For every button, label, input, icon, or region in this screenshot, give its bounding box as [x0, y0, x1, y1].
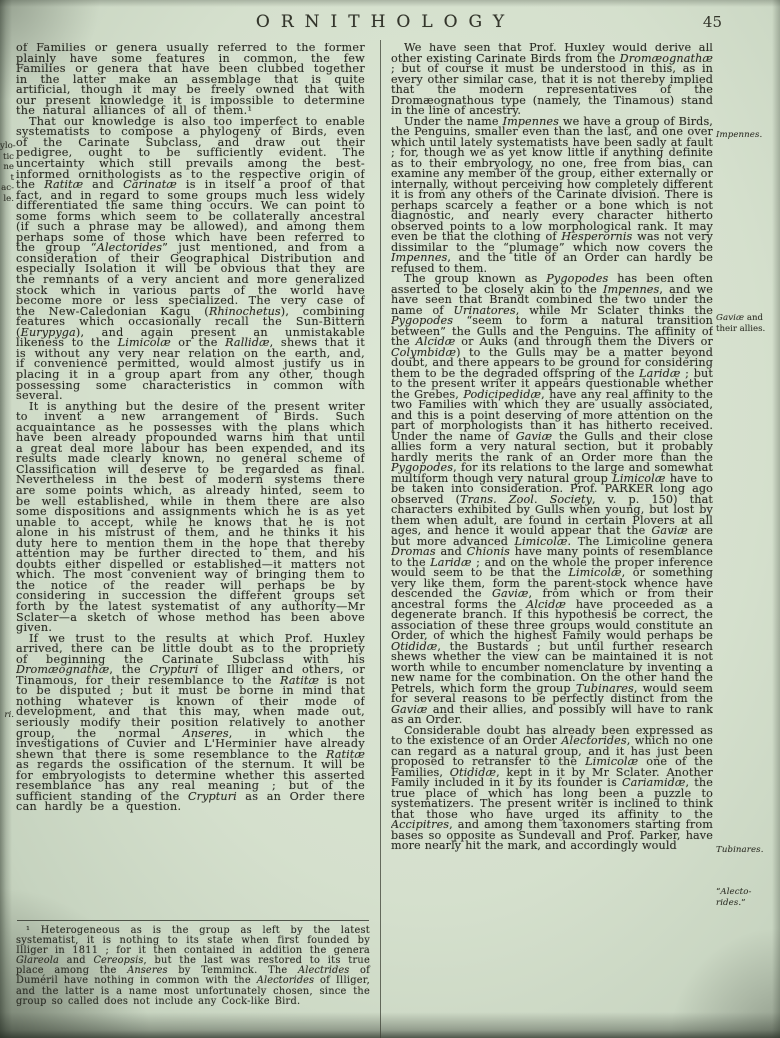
margin-fragment: ne	[0, 162, 14, 173]
margin-fragment: ac-	[0, 183, 14, 194]
running-title: ORNITHOLOGY	[0, 12, 760, 32]
paragraph: The group known as Pygopodes has been of…	[391, 274, 713, 726]
paragraph: Considerable doubt has already been expr…	[391, 726, 713, 852]
margin-fragment: le.	[0, 194, 14, 205]
footnote: ¹ Heterogeneous as is the group as left …	[16, 926, 370, 1007]
footnote-text: ¹ Heterogeneous as is the group as left …	[16, 926, 370, 1007]
left-text-column: of Families or genera usually referred t…	[16, 43, 365, 917]
page-header: ORNITHOLOGY 45	[0, 10, 780, 40]
footnote-separator-rule	[17, 920, 369, 921]
margin-fragment: t	[0, 173, 14, 184]
margin-note-gaviae-allies: Gaviæ and their allies.	[716, 313, 778, 334]
paragraph: It is anything but the desire of the pre…	[16, 402, 365, 634]
margin-note-left-cropped: ylo- tic ne t ac- le.	[0, 141, 14, 205]
margin-fragment: ylo-	[0, 141, 14, 152]
page-number: 45	[703, 13, 722, 31]
paragraph: of Families or genera usually referred t…	[16, 43, 365, 117]
paragraph: We have seen that Prof. Huxley would der…	[391, 43, 713, 117]
right-text-column: We have seen that Prof. Huxley would der…	[391, 43, 713, 1038]
margin-note-impennes: Impennes.	[716, 130, 778, 141]
paragraph: Under the name Impennes we have a group …	[391, 117, 713, 275]
margin-note-alectorides: “Alecto-rides.”	[716, 887, 778, 908]
scanned-book-page: ORNITHOLOGY 45 of Families or genera usu…	[0, 0, 780, 1038]
margin-fragment: ri.	[0, 710, 14, 721]
paragraph: That our knowledge is also too imperfect…	[16, 117, 365, 402]
margin-note-tubinares: Tubinares.	[716, 845, 778, 856]
paragraph: If we trust to the results at which Prof…	[16, 634, 365, 813]
column-divider-rule	[380, 40, 381, 1038]
margin-note-left-cropped-crypturi: ri.	[0, 710, 14, 721]
margin-fragment: tic	[0, 152, 14, 163]
